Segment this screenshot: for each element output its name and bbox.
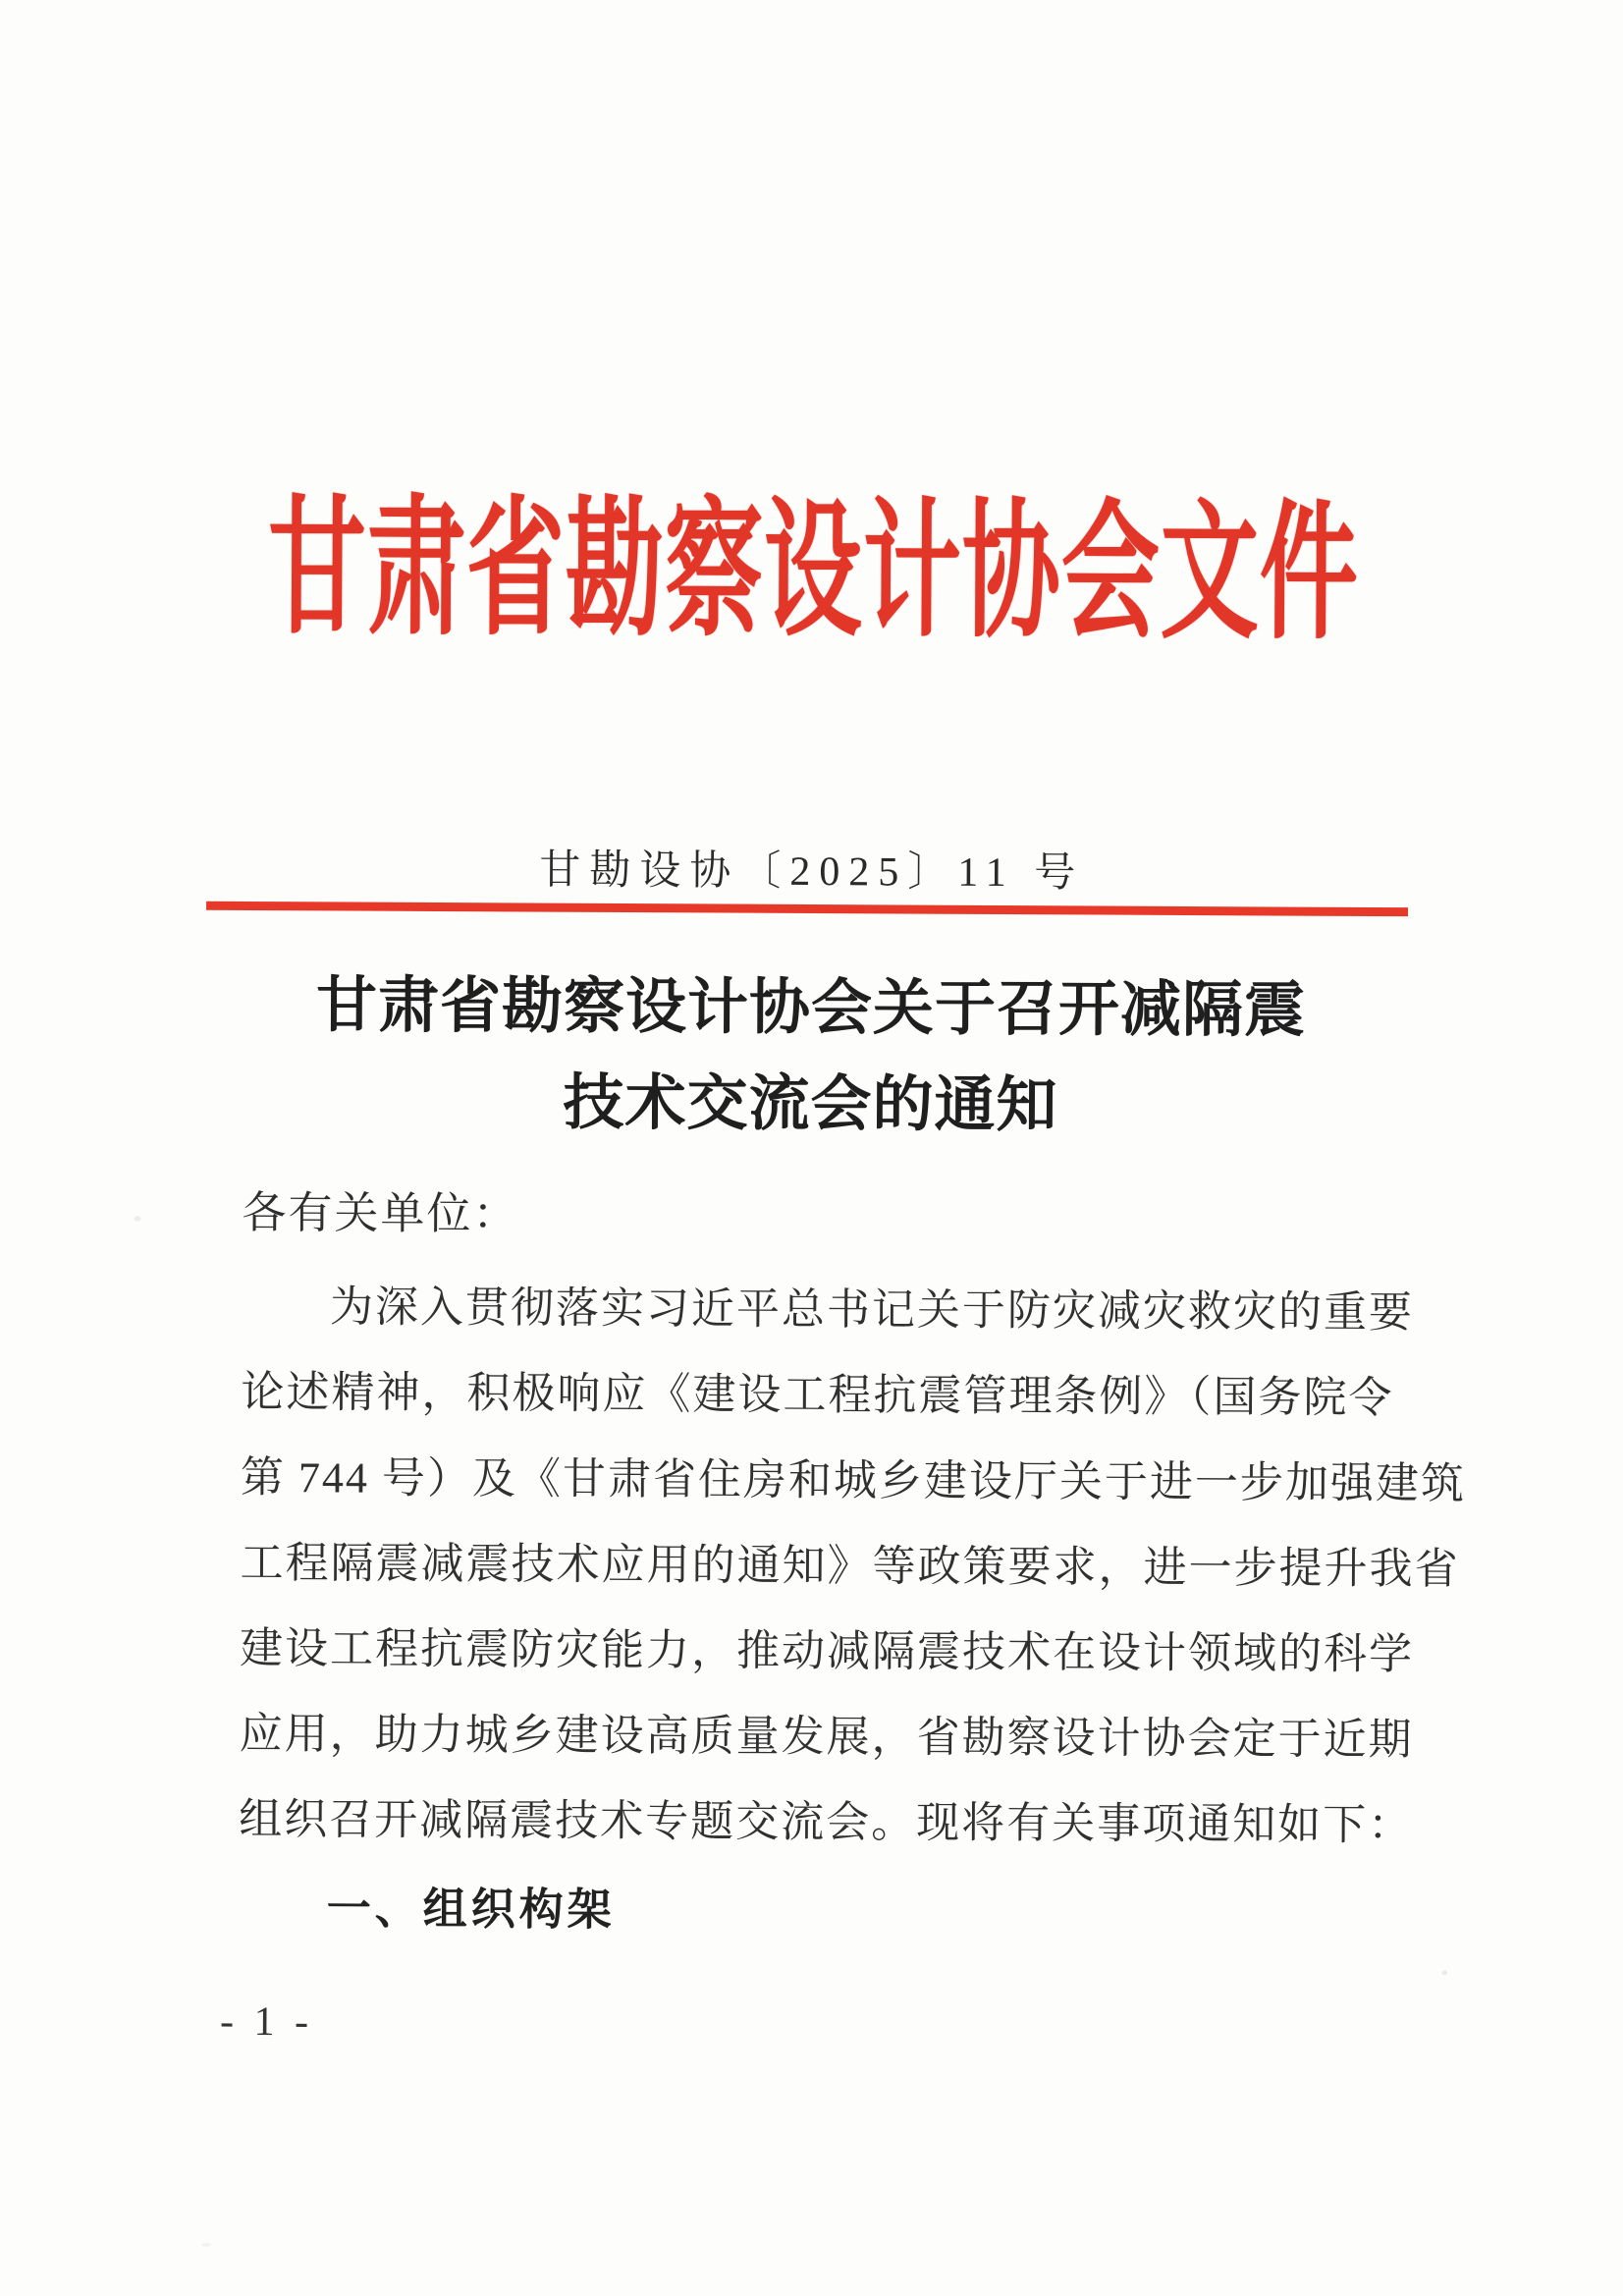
body-paragraph: 为深入贯彻落实习近平总书记关于防灾减灾救灾的重要 论述精神，积极响应《建设工程抗… <box>239 1264 1353 1868</box>
letterhead-title: 甘肃省勘察设计协会文件 <box>1 494 1623 652</box>
scanned-document-page: 甘肃省勘察设计协会文件 甘勘设协〔2025〕11 号 甘肃省勘察设计协会关于召开… <box>0 0 1623 2296</box>
scan-speck <box>1441 1970 1447 1975</box>
paragraph-line: 为深入贯彻落实习近平总书记关于防灾减灾救灾的重要 <box>242 1264 1353 1355</box>
notice-title: 甘肃省勘察设计协会关于召开减隔震 技术交流会的通知 <box>0 957 1623 1158</box>
salutation: 各有关单位： <box>242 1183 518 1243</box>
letterhead-divider-line <box>206 902 1408 916</box>
paragraph-line: 第 744 号）及《甘肃省住房和城乡建设厅关于进一步加强建筑 <box>241 1435 1352 1526</box>
paragraph-line: 建设工程抗震防灾能力，推动减隔震技术在设计领域的科学 <box>240 1606 1351 1697</box>
paragraph-line: 应用，助力城乡建设高质量发展，省勘察设计协会定于近期 <box>239 1691 1350 1782</box>
page-number: - 1 - <box>220 1998 313 2046</box>
notice-title-line: 技术交流会的通知 <box>0 1053 1622 1158</box>
scan-speck <box>201 2243 211 2247</box>
paragraph-line: 论述精神，积极响应《建设工程抗震管理条例》（国务院令 <box>241 1349 1352 1441</box>
notice-title-line: 甘肃省勘察设计协会关于召开减隔震 <box>0 957 1623 1062</box>
section-heading: 一、组织构架 <box>239 1878 1350 1944</box>
paragraph-line: 组织召开减隔震技术专题交流会。现将有关事项通知如下： <box>239 1777 1350 1868</box>
paragraph-line: 工程隔震减震技术应用的通知》等政策要求，进一步提升我省 <box>240 1520 1351 1612</box>
scan-speck <box>134 1216 140 1221</box>
document-content: 甘肃省勘察设计协会文件 甘勘设协〔2025〕11 号 甘肃省勘察设计协会关于召开… <box>0 0 1623 2296</box>
document-number: 甘勘设协〔2025〕11 号 <box>0 844 1623 902</box>
